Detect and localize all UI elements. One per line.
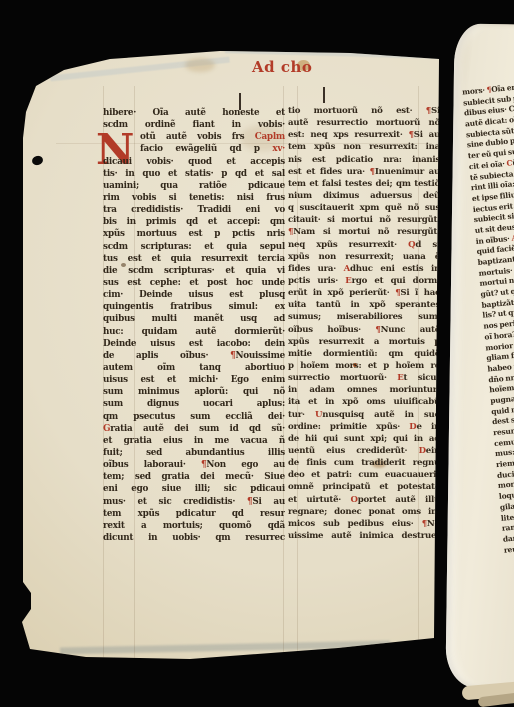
text-line: erũt in xpõ perierũt· ¶Si ĩ hac [288, 287, 440, 299]
text-line: uissime autẽ inimica destruet [288, 530, 440, 542]
text-line: de hii qui sunt xpi; qui in ad [288, 433, 440, 445]
text-line: cim· Deinde uisus est plusq [103, 289, 285, 301]
text-line: tem; sed gratia dei mecũ· Siue [103, 471, 285, 483]
text-line: de finis cum tradiderit regnũ [288, 457, 440, 469]
text-line: oĩbus hoĩbus· ¶Nunc autẽ [288, 324, 440, 336]
text-line: autẽ resurrectio mortuorũ nõ [288, 117, 440, 129]
text-line: bis in primis qd et accepi: qm [103, 216, 285, 228]
text-line: micos sub pedibus eius· ¶No [288, 518, 440, 530]
text-line: sum minimus aplorũ: qui nõ [103, 386, 285, 398]
text-line: huc: quidam autẽ dormierũt· [103, 326, 285, 338]
text-line: citauit· si mortui nõ resurgũt· [288, 214, 440, 226]
text-line: neq xpũs resurrexit· Qd si [288, 239, 440, 251]
text-line: pctis uris· Ergo et qui dormi [288, 275, 440, 287]
text-line: dicaui vobis· quod et accepis [103, 156, 285, 168]
text-line: deo et patri: cum euacuauerit [288, 469, 440, 481]
text-line: dicunt in uobis· qm resurrec [103, 532, 285, 544]
text-line: xpũs mortuus est p pctis nris [103, 228, 285, 240]
text-line: scdm ordinẽ fiant in vobis· [103, 119, 285, 131]
text-line: Gratia autẽ dei sum id qd sũ· [103, 423, 285, 435]
text-line: tem xpũs pdicatur qd resur [103, 508, 285, 520]
text-line: oĩbus laboraui· ¶Non ego au [103, 459, 285, 471]
text-line: ordine: primitie xpũs· De in [288, 421, 440, 433]
text-column-2: tio mortuorũ nõ est· ¶Siautẽ resurrectio… [288, 105, 440, 542]
text-line: de aplis oĩbus· ¶Nouissime [103, 350, 285, 362]
parchment-stain [185, 58, 215, 72]
text-line: uamini; qua ratiõe pdicaue [103, 180, 285, 192]
text-line: otũ autẽ vobis frs Caplm [103, 131, 285, 143]
page-bottom-edge [60, 641, 390, 655]
text-line: eni ego siue illi; sic pdicaui [103, 483, 285, 495]
text-line: regnare; donec ponat oms ini [288, 506, 440, 518]
running-header: Ad cho [252, 58, 312, 76]
text-line: xpũs resurrexit a mortuis p [288, 336, 440, 348]
text-line: et uirtutẽ· Oportet autẽ illũ [288, 494, 440, 506]
text-line: in adam omnes moriuntur; [288, 384, 440, 396]
text-line: ¶Nam si mortui nõ resurgũt; [288, 226, 440, 238]
text-line: facio ewãgeliũ qd p xv· [103, 143, 285, 155]
text-line: mitie dormientiũ: qm quidẽ [288, 348, 440, 360]
text-line: surrectio mortuorũ· Et sicut [288, 372, 440, 384]
text-line: hibere· Oĩa autẽ honeste et [103, 107, 285, 119]
text-line: omnẽ principatũ et potestatẽ [288, 481, 440, 493]
text-line: xpũs non resurrexit; uana ẽ [288, 251, 440, 263]
text-line: tis· in quo et statis· p qd et sal [103, 168, 285, 180]
text-column-1: hibere· Oĩa autẽ honeste etscdm ordinẽ f… [103, 107, 285, 544]
text-line: die scdm scripturas· et quia vi [103, 265, 285, 277]
text-line: tio mortuorũ nõ est· ¶Si [288, 105, 440, 117]
text-line: tur· Unusquisq autẽ in suo [288, 409, 440, 421]
text-line: est: neq xps resurrexit· ¶Si au [288, 129, 440, 141]
text-line: tra credidistis· Tradidi eni vo [103, 204, 285, 216]
photo-background: Ad cho N hibere· Oĩa autẽ honeste etscdm… [0, 0, 514, 707]
text-line: uisus est et michi· Ego enim [103, 374, 285, 386]
text-line: tem xpũs non resurrexit: ina [288, 141, 440, 153]
text-line: tus est et quia resurrexit tercia [103, 253, 285, 265]
text-line: et gratia eius in me vacua ñ [103, 435, 285, 447]
text-line: qm psecutus sum eccliã dei· [103, 411, 285, 423]
text-line: quibus multi manẽt usq ad [103, 313, 285, 325]
text-line: mus· et sic credidistis· ¶Si au [103, 496, 285, 508]
text-line: quingentis fratribus simul: ex [103, 301, 285, 313]
text-line: rexit a mortuis; quomõ qdã [103, 520, 285, 532]
text-line: sus est cephe: et post hoc unde [103, 277, 285, 289]
text-line: q suscitauerit xpm quẽ nõ sus [288, 202, 440, 214]
text-line: Deinde uisus est iacobo: dein [103, 338, 285, 350]
text-line: p hoĩem mors: et p hoĩem re [288, 360, 440, 372]
wormhole [31, 155, 44, 167]
manuscript-facing-page: mors· ¶Oĩa enisubiecit sub pedibus eius·… [445, 24, 514, 689]
text-line: fuit; sed abundantius illis [103, 447, 285, 459]
manuscript-left-page: Ad cho N hibere· Oĩa autẽ honeste etscdm… [20, 46, 444, 666]
text-line: scdm scripturas: et quia sepul [103, 241, 285, 253]
ascender-flourish [323, 87, 325, 103]
text-line: sum dignus uocari aplus: [103, 398, 285, 410]
text-line: rim vobis si tenetis: nisi frus [103, 192, 285, 204]
text-line: fides ura· Adhuc eni estis in [288, 263, 440, 275]
text-line: nis est pdicatio nra: inanis [288, 154, 440, 166]
facing-page-text: mors· ¶Oĩa enisubiecit sub pedibus eius·… [462, 81, 514, 556]
text-line: nium diximus aduersus deũ [288, 190, 440, 202]
text-line: ita et in xpõ oms uiuificabũ [288, 396, 440, 408]
text-line: tem et falsi testes dei; qm testiõ [288, 178, 440, 190]
text-line: sumus; miserabiliores sum' [288, 311, 440, 323]
text-line: uita tantũ in xpõ sperantes [288, 299, 440, 311]
text-line: est et fides ura· ¶Inuenimur au [288, 166, 440, 178]
text-line: uentũ eius crediderũt· Dein [288, 445, 440, 457]
text-line: autem oĩm tanq abortiuo [103, 362, 285, 374]
